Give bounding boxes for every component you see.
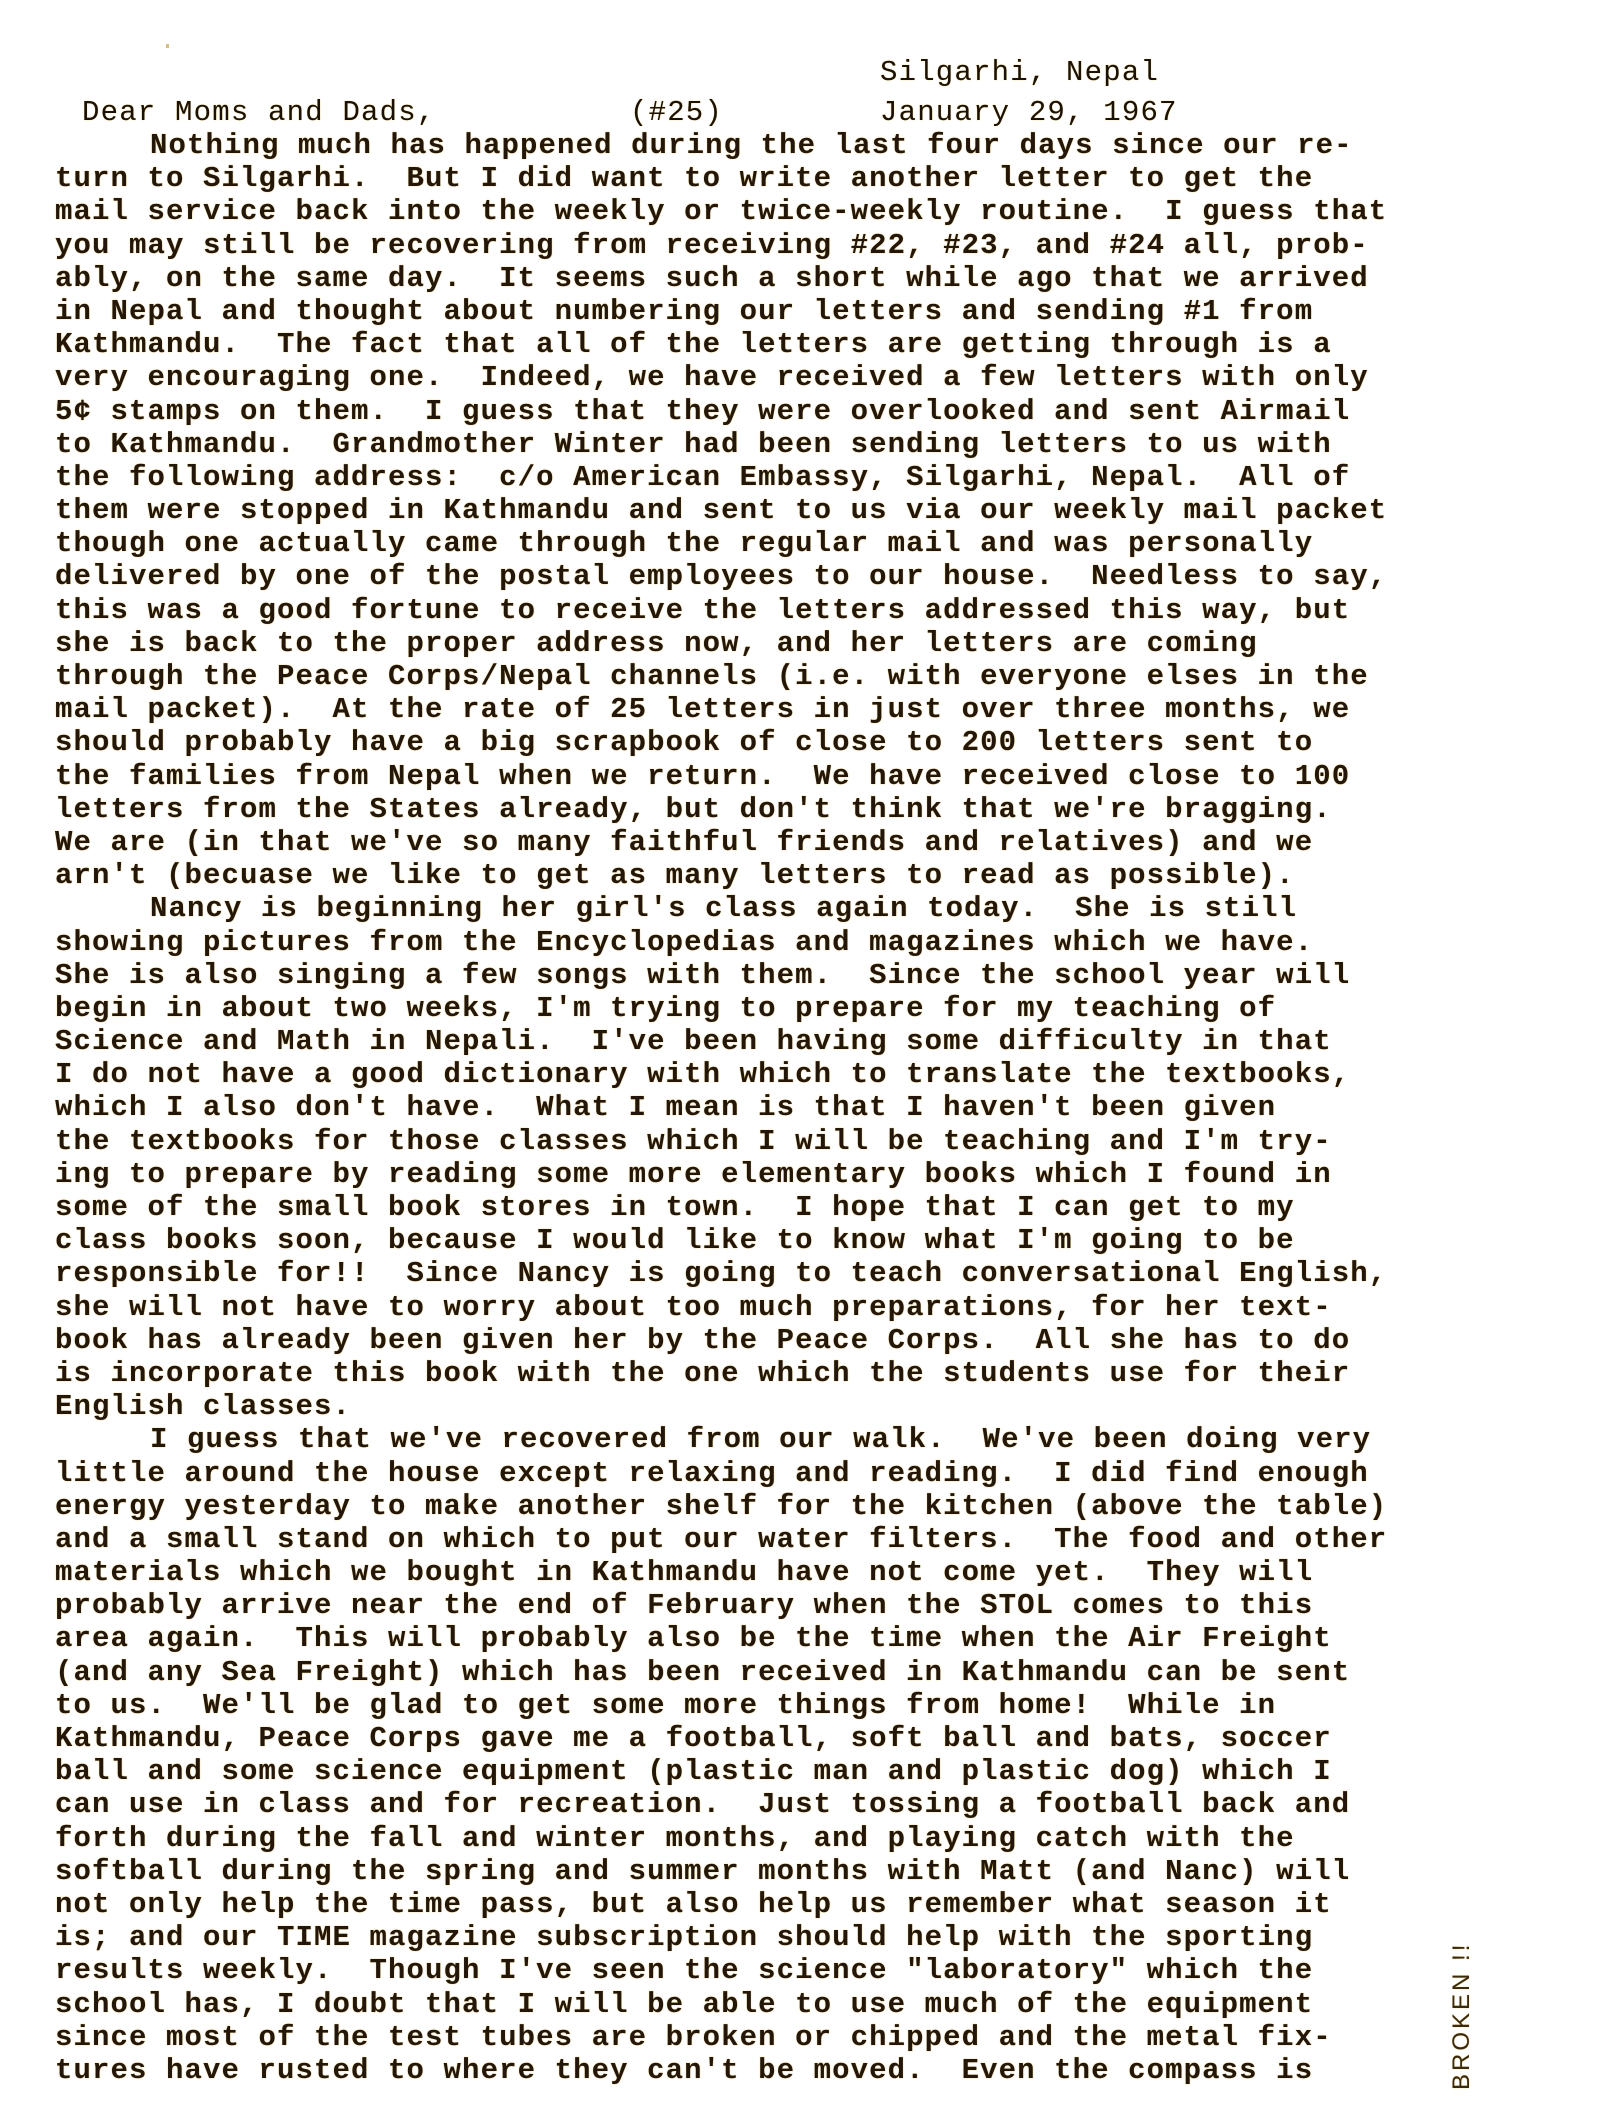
letter-line: showing pictures from the Encyclopedias … [55, 926, 1495, 959]
letter-line: Science and Math in Nepali. I've been ha… [55, 1025, 1495, 1058]
letter-line: in Nepal and thought about numbering our… [55, 295, 1495, 328]
letter-line: I guess that we've recovered from our wa… [55, 1423, 1495, 1456]
letter-line: which I also don't have. What I mean is … [55, 1091, 1495, 1124]
letter-line: 5¢ stamps on them. I guess that they wer… [55, 395, 1495, 428]
letter-line: very encouraging one. Indeed, we have re… [55, 361, 1495, 394]
letter-line: forth during the fall and winter months,… [55, 1822, 1495, 1855]
letter-line: since most of the test tubes are broken … [55, 2021, 1495, 2054]
letter-number: (#25) [630, 96, 723, 129]
letter-line: mail service back into the weekly or twi… [55, 195, 1495, 228]
letter-line: little around the house except relaxing … [55, 1457, 1495, 1490]
letter-line: Nothing much has happened during the las… [55, 129, 1495, 162]
letter-line: she will not have to worry about too muc… [55, 1291, 1495, 1324]
letter-line: ball and some science equipment (plastic… [55, 1755, 1495, 1788]
letter-line: and a small stand on which to put our wa… [55, 1523, 1495, 1556]
salutation-row: Dear Moms and Dads, (#25) January 29, 19… [82, 96, 1482, 129]
letter-line: is; and our TIME magazine subscription s… [55, 1921, 1495, 1954]
letter-line: responsible for!! Since Nancy is going t… [55, 1257, 1495, 1290]
letter-line: to us. We'll be glad to get some more th… [55, 1689, 1495, 1722]
letter-place: Silgarhi, Nepal [880, 56, 1159, 89]
letter-line: results weekly. Though I've seen the sci… [55, 1954, 1495, 1987]
letter-line: school has, I doubt that I will be able … [55, 1988, 1495, 2021]
letter-line: some of the small book stores in town. I… [55, 1191, 1495, 1224]
letter-line: arn't (becuase we like to get as many le… [55, 859, 1495, 892]
letter-line: tures have rusted to where they can't be… [55, 2054, 1495, 2087]
letter-body: Nothing much has happened during the las… [55, 129, 1495, 2087]
letter-line: Kathmandu. The fact that all of the lett… [55, 328, 1495, 361]
letter-line: not only help the time pass, but also he… [55, 1888, 1495, 1921]
letter-line: the textbooks for those classes which I … [55, 1125, 1495, 1158]
letter-line: materials which we bought in Kathmandu h… [55, 1556, 1495, 1589]
letter-line: letters from the States already, but don… [55, 793, 1495, 826]
letter-line: ing to prepare by reading some more elem… [55, 1158, 1495, 1191]
letter-line: class books soon, because I would like t… [55, 1224, 1495, 1257]
margin-annotation: BROKEN !! [1448, 1942, 1476, 2090]
letter-line: We are (in that we've so many faithful f… [55, 826, 1495, 859]
letter-line: them were stopped in Kathmandu and sent … [55, 494, 1495, 527]
letter-line: softball during the spring and summer mo… [55, 1855, 1495, 1888]
letter-page: Silgarhi, Nepal Dear Moms and Dads, (#25… [0, 0, 1604, 2108]
letter-line: English classes. [55, 1390, 1495, 1423]
letter-line: I do not have a good dictionary with whi… [55, 1058, 1495, 1091]
letter-line: delivered by one of the postal employees… [55, 560, 1495, 593]
letter-line: ably, on the same day. It seems such a s… [55, 262, 1495, 295]
letter-line: (and any Sea Freight) which has been rec… [55, 1656, 1495, 1689]
letter-line: is incorporate this book with the one wh… [55, 1357, 1495, 1390]
letter-line: this was a good fortune to receive the l… [55, 594, 1495, 627]
letter-line: Kathmandu, Peace Corps gave me a footbal… [55, 1722, 1495, 1755]
salutation: Dear Moms and Dads, [82, 96, 435, 129]
letter-line: mail packet). At the rate of 25 letters … [55, 693, 1495, 726]
letter-line: area again. This will probably also be t… [55, 1622, 1495, 1655]
letter-line: Nancy is beginning her girl's class agai… [55, 892, 1495, 925]
letter-line: begin in about two weeks, I'm trying to … [55, 992, 1495, 1025]
letter-line: through the Peace Corps/Nepal channels (… [55, 660, 1495, 693]
letter-line: should probably have a big scrapbook of … [55, 726, 1495, 759]
letter-line: you may still be recovering from receivi… [55, 229, 1495, 262]
letter-line: to Kathmandu. Grandmother Winter had bee… [55, 428, 1495, 461]
ink-speck [166, 44, 169, 48]
letter-line: probably arrive near the end of February… [55, 1589, 1495, 1622]
letter-line: can use in class and for recreation. Jus… [55, 1788, 1495, 1821]
letter-date: January 29, 1967 [880, 96, 1178, 129]
letter-line: the following address: c/o American Emba… [55, 461, 1495, 494]
letter-line: She is also singing a few songs with the… [55, 959, 1495, 992]
letter-line: the families from Nepal when we return. … [55, 760, 1495, 793]
letter-line: energy yesterday to make another shelf f… [55, 1490, 1495, 1523]
letter-line: turn to Silgarhi. But I did want to writ… [55, 162, 1495, 195]
letter-line: though one actually came through the reg… [55, 527, 1495, 560]
letter-line: she is back to the proper address now, a… [55, 627, 1495, 660]
letter-line: book has already been given her by the P… [55, 1324, 1495, 1357]
